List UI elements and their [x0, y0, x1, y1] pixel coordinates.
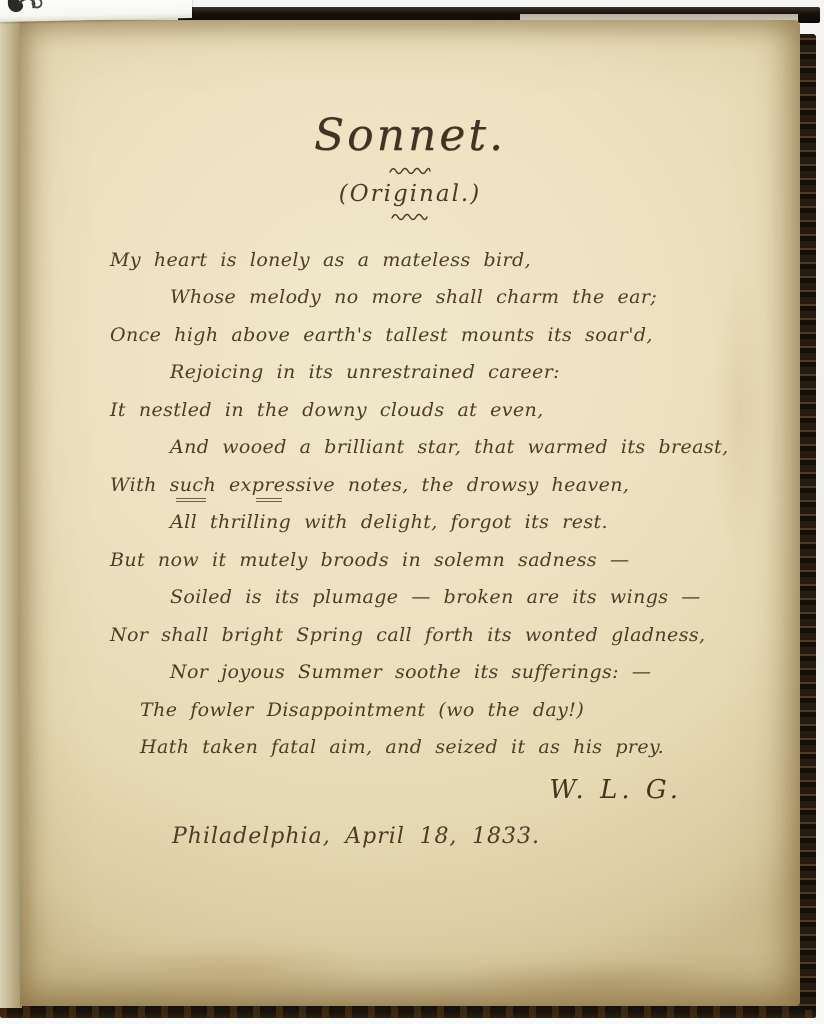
manuscript-page: Sonnet. (Original.) My heart is lonely a… [20, 20, 800, 1006]
underline-marks [256, 498, 282, 502]
underline-marks [176, 498, 206, 502]
poem-line: But now it mutely broods in solemn sadne… [110, 541, 780, 579]
flourish-squiggle-icon [388, 165, 432, 175]
scanned-album-page: Sonnet. (Original.) My heart is lonely a… [0, 0, 824, 1024]
book-gutter [0, 21, 22, 1008]
place-and-date: Philadelphia, April 18, 1833. [20, 824, 800, 849]
binder-clip-icon [4, 0, 56, 18]
poem-line: Rejoicing in its unrestrained career: [170, 354, 780, 392]
poem-line: And wooed a brilliant star, that warmed … [170, 429, 780, 467]
poem-title: Sonnet. [20, 110, 800, 161]
poem-line: My heart is lonely as a mateless bird, [110, 241, 780, 279]
poem-line: Nor joyous Summer soothe its sufferings:… [170, 654, 780, 692]
poem-line: Nor shall bright Spring call forth its w… [110, 616, 780, 654]
flourish-squiggle-icon [390, 211, 430, 221]
poem-body: My heart is lonely as a mateless bird, W… [20, 241, 800, 766]
poem-line: Whose melody no more shall charm the ear… [170, 279, 780, 317]
poem-line: With such expressive notes, the drowsy h… [110, 466, 780, 504]
poem-line: Hath taken fatal aim, and seized it as h… [140, 729, 780, 767]
poem-line: The fowler Disappointment (wo the day!) [140, 691, 780, 729]
author-initials: W. L. G. [20, 775, 800, 805]
handwritten-content: Sonnet. (Original.) My heart is lonely a… [20, 20, 800, 1006]
poem-line: It nestled in the downy clouds at even, [110, 391, 780, 429]
poem-subtitle: (Original.) [20, 181, 800, 207]
poem-line: Once high above earth's tallest mounts i… [110, 316, 780, 354]
poem-line: Soiled is its plumage — broken are its w… [170, 579, 780, 617]
poem-line: All thrilling with delight, forgot its r… [170, 504, 780, 542]
